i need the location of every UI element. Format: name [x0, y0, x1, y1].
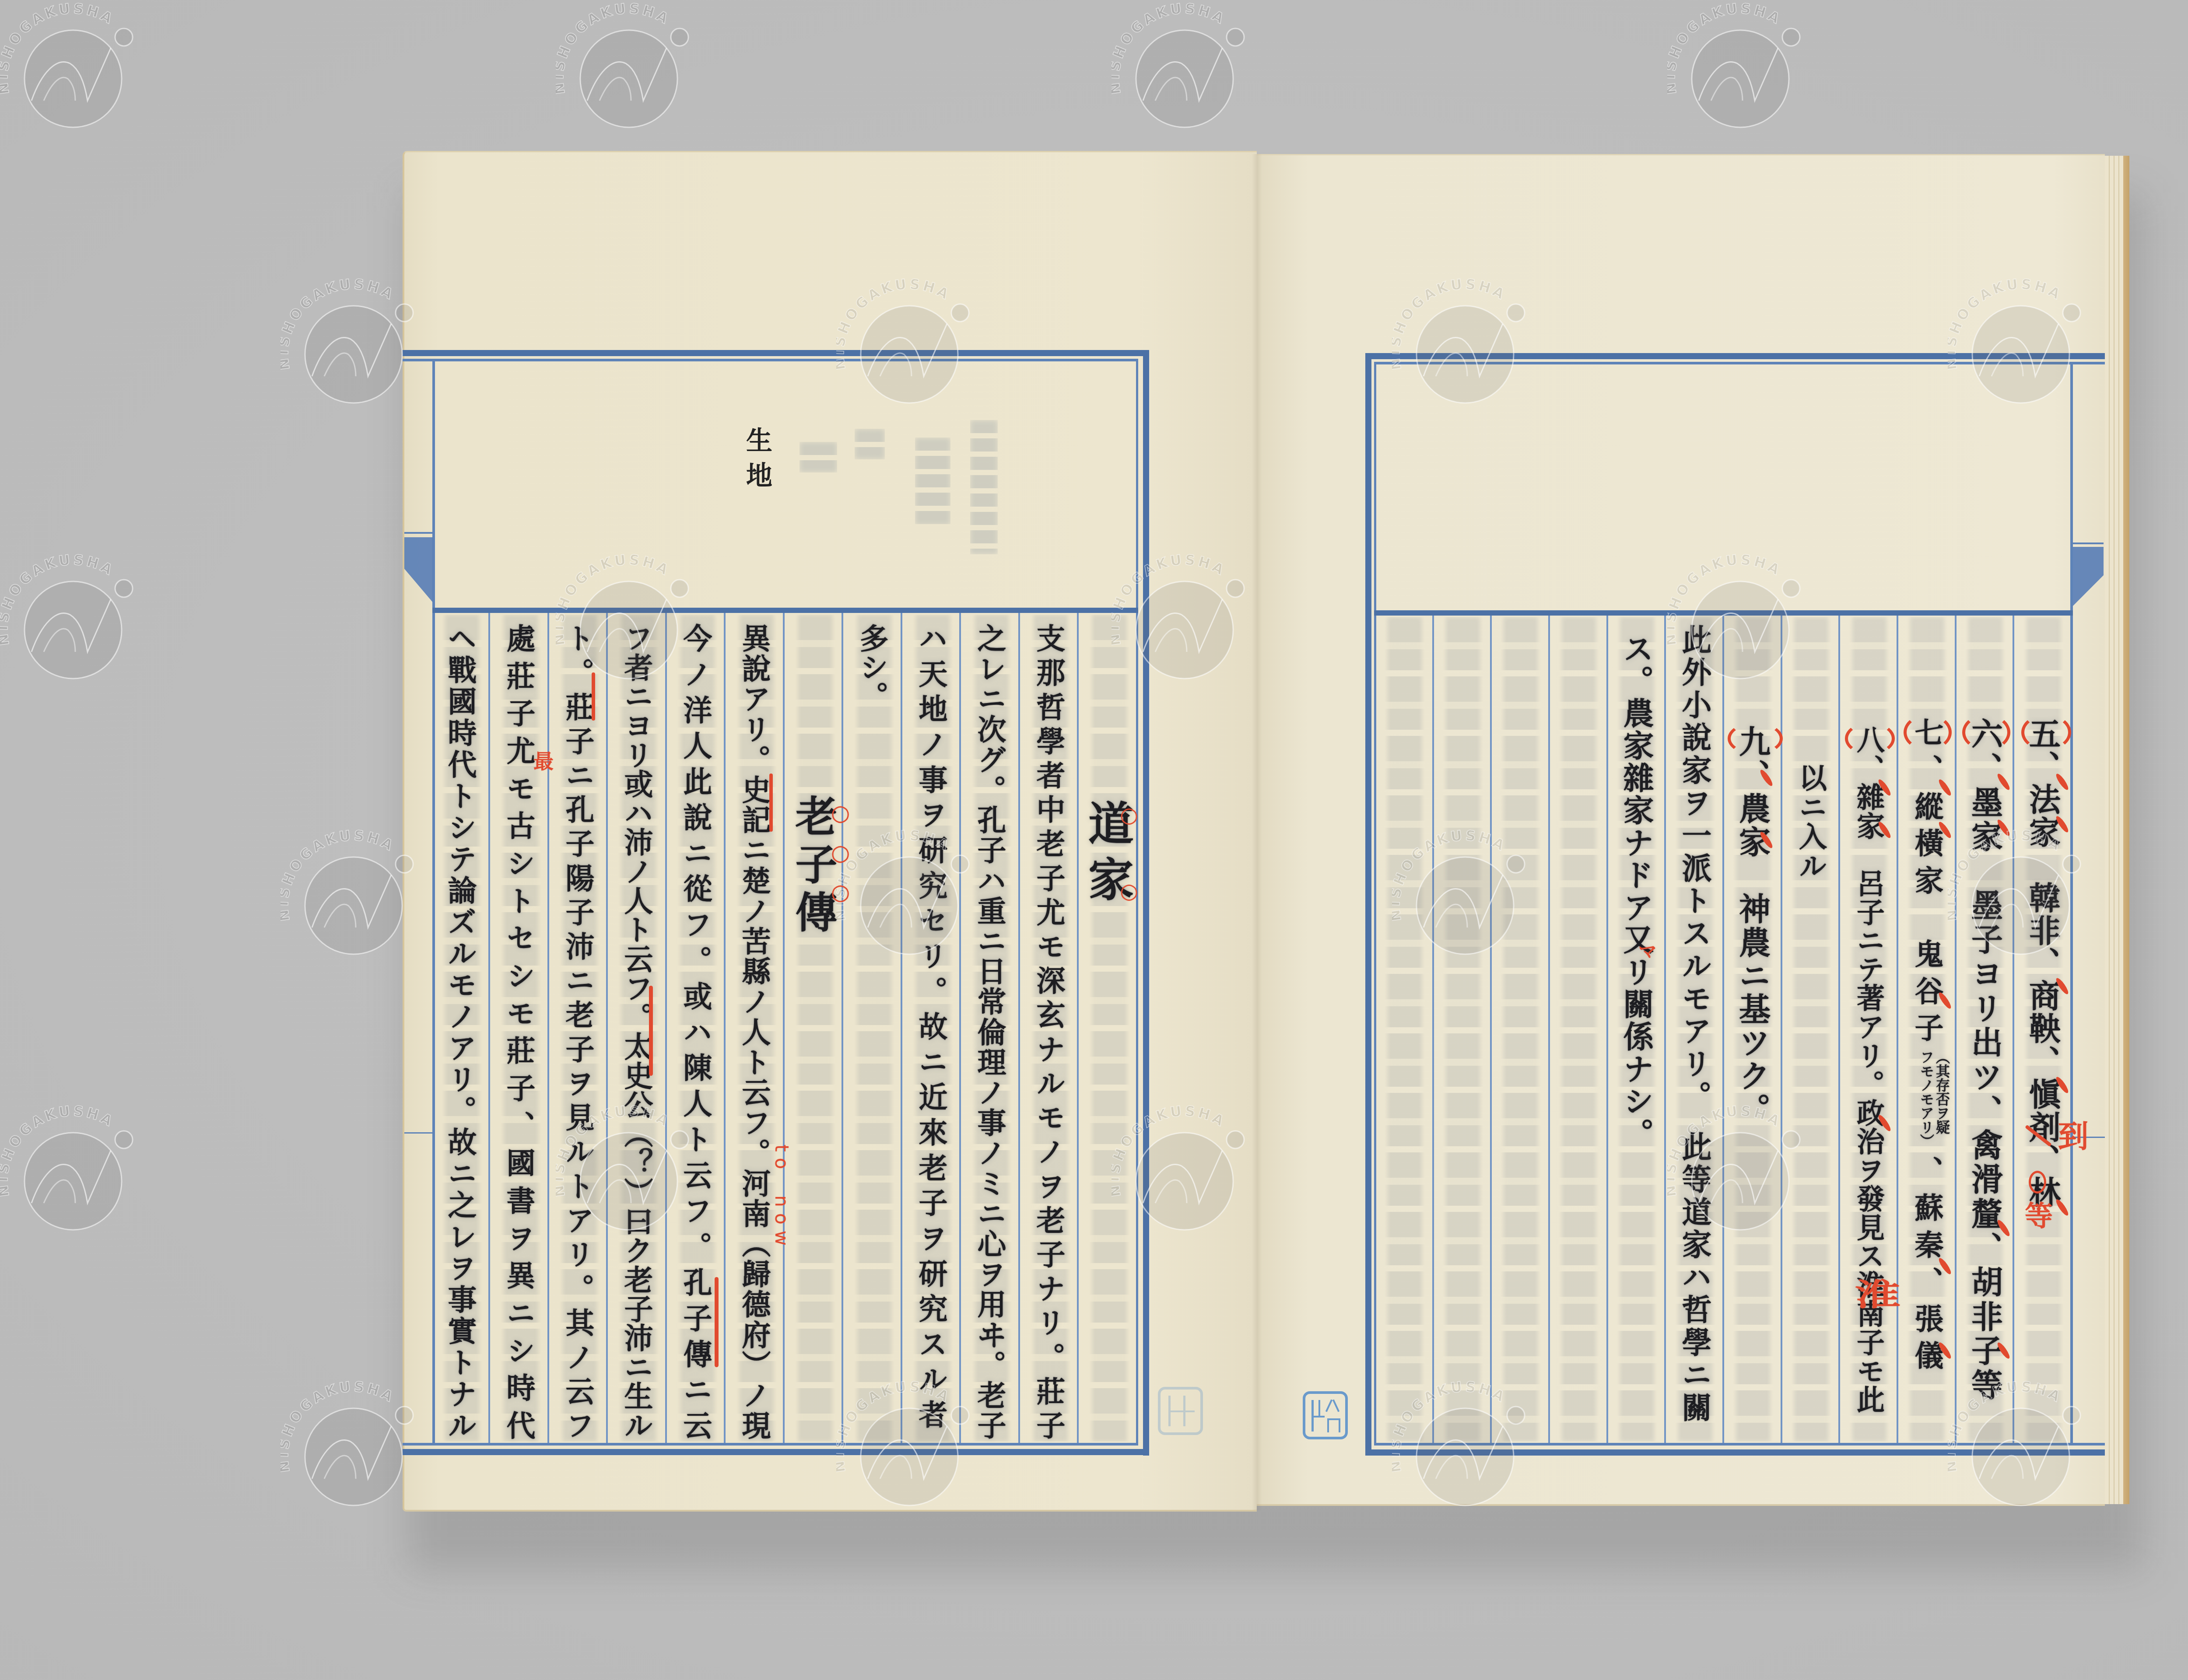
frame-bottom-thick	[403, 1449, 1149, 1455]
text-column: ト。莊子ニ孔子陽子沛ニ老子ヲ見ルトアリ。其ノ云フ	[548, 623, 607, 1439]
red-number-parentheses	[1728, 722, 1783, 755]
bleed-through-header	[915, 437, 950, 525]
text-column-mohists: 六、墨家 墨子ヨリ出ツ、禽滑釐、胡非子等	[1956, 717, 2014, 1400]
seal-stamp	[1303, 1391, 1348, 1439]
column-rule	[1548, 616, 1550, 1443]
red-correction: 到	[2055, 1120, 2086, 1159]
frame-left-thick	[1365, 353, 1371, 1456]
red-sideline	[649, 986, 653, 1076]
red-number-parentheses	[1904, 714, 1952, 751]
bleed-through-header	[970, 420, 998, 554]
fold-mark	[404, 1132, 433, 1134]
center-fold	[1252, 154, 1262, 1510]
text-column: 多シ。	[842, 623, 901, 711]
red-correction: 等	[2022, 1201, 2051, 1238]
text-column: ハ天地ノ事ヲ研究セリ。故ニ近來老子ヲ研究スル者	[901, 623, 960, 1428]
fishtail-rule	[2073, 542, 2104, 544]
bleed-through-header	[799, 442, 837, 472]
note-line: フモノモアリ）	[1918, 1050, 1935, 1148]
column-text: 七、縱橫家 鬼谷子	[1910, 717, 1944, 1050]
frame-top-thick	[1365, 353, 2105, 359]
red-number-parentheses	[1845, 722, 1895, 755]
text-column: ヘ戰國時代トシテ論ズルモノアリ。故ニ之レヲ事實トナル	[431, 623, 489, 1439]
text-column: ス。農家雜家ナドア又リ關係ナシ。	[1607, 633, 1666, 1148]
red-marginal-note: to now	[773, 1144, 790, 1252]
text-column: 以ニ入ル	[1781, 763, 1840, 879]
frame-bottom-thin	[403, 1443, 1138, 1445]
text-column: 異說アリ。史記ニ楚ノ苦縣ノ人ト云フ。河南（歸德府）ノ現	[725, 623, 783, 1439]
red-deletion-circle	[2029, 1171, 2046, 1193]
red-number-parentheses	[1962, 714, 2010, 751]
frame-bottom-thick	[1365, 1449, 2105, 1456]
column-rule	[842, 613, 843, 1443]
frame-right-thick	[1143, 350, 1149, 1456]
red-sideline	[715, 1277, 719, 1367]
text-column-agriculturalists: 九、農家 神農ニ基ツク。	[1723, 725, 1781, 1124]
interlinear-note: （其存否ヲ疑フモノモアリ）	[1918, 1050, 1950, 1148]
text-column: 支那哲學者中老子尤モ深玄ナルモノヲ老子ナリ。莊子	[1019, 623, 1078, 1439]
book-edge	[2123, 156, 2129, 1504]
frame-left-thin	[1374, 362, 1376, 1445]
frame-top-thick	[403, 350, 1149, 356]
frame-top-thin	[403, 359, 1138, 361]
text-column: 之レニ次グ。孔子ハ重ニ日常倫理ノ事ノミニ心ヲ用ヰ。老子	[960, 623, 1019, 1439]
fishtail-rule	[404, 532, 433, 534]
text-column: フ者ニヨリ或ハ沛ノ人ト云フ。太史公（？）曰ク老子沛ニ生ル	[607, 623, 666, 1439]
red-sideline	[769, 773, 773, 832]
red-sideline	[592, 672, 595, 721]
frame-bottom-thin	[1374, 1443, 2105, 1445]
stacked-page-edges	[2105, 156, 2124, 1504]
bleed-through-header	[855, 429, 885, 459]
red-number-parentheses	[2021, 714, 2071, 751]
text-column: 此外小說家ヲ一派トスルモアリ。 此等道家ハ哲學ニ關	[1665, 624, 1723, 1422]
header-divider	[1374, 610, 2073, 616]
text-column: 處莊子尤モ古シトセシモ莊子、國書ヲ異ニシ時代	[489, 623, 548, 1439]
header-divider	[432, 608, 1138, 613]
faint-seal-stamp	[1158, 1387, 1203, 1435]
header-label: 生地	[735, 427, 779, 488]
red-emphasis-circles: ○○○	[831, 800, 850, 905]
red-correction: 淮	[1850, 1278, 1899, 1311]
red-correction: マ	[1636, 941, 1655, 963]
note-line: （其存否ヲ疑	[1934, 1050, 1950, 1134]
red-correction: 最	[532, 751, 552, 790]
column-rule	[1432, 616, 1434, 1443]
column-rule	[1490, 616, 1492, 1443]
red-emphasis-circles: ○○	[1119, 803, 1139, 903]
frame-top-thin	[1374, 362, 2105, 364]
